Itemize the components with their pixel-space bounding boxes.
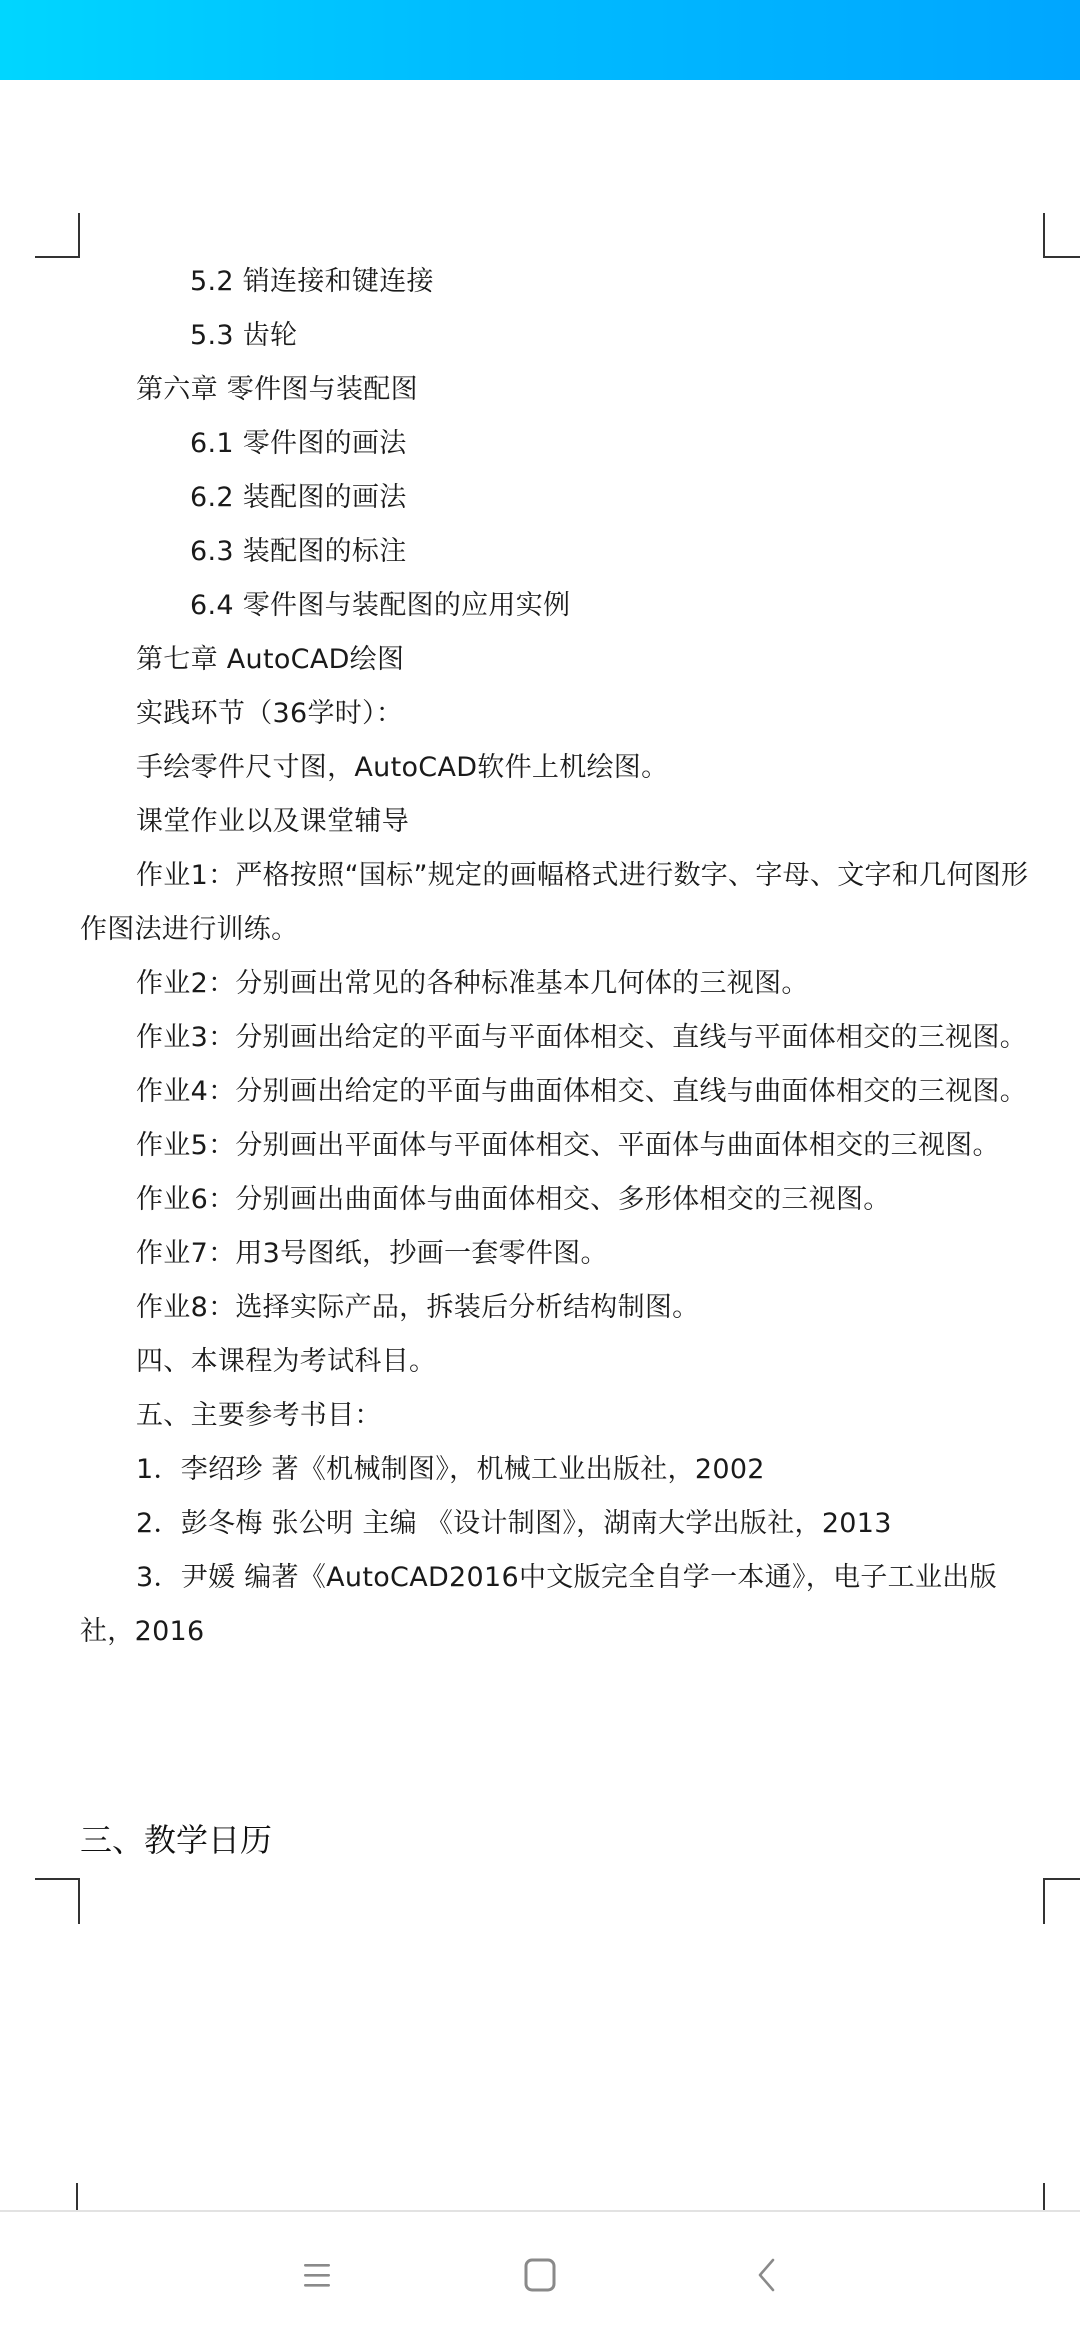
toc-item-6-1: 6.1 零件图的画法 [190,417,407,471]
menu-icon [302,2260,332,2294]
back-chevron-icon [755,2257,779,2297]
reference-3-continued: 社，2016 [80,1605,205,1659]
practice-description: 手绘零件尺寸图，AutoCAD软件上机绘图。 [136,741,668,795]
toc-item-6-3: 6.3 装配图的标注 [190,525,407,579]
document-viewer-screen: 5.2 销连接和键连接 5.3 齿轮 第六章 零件图与装配图 6.1 零件图的画… [0,0,1080,2340]
toc-item-6-4: 6.4 零件图与装配图的应用实例 [190,579,570,633]
reference-3: 3．尹媛 编著《AutoCAD2016中文版完全自学一本通》，电子工业出版 [136,1551,997,1605]
reference-1: 1．李绍珍 著《机械制图》，机械工业出版社，2002 [136,1443,765,1497]
home-square-icon [523,2257,557,2297]
chapter-6-title: 第六章 零件图与装配图 [136,363,418,417]
toc-item-6-2: 6.2 装配图的画法 [190,471,407,525]
homework-7: 作业7：用3号图纸，抄画一套零件图。 [136,1227,608,1281]
toc-item-5-2: 5.2 销连接和键连接 [190,255,434,309]
homework-6: 作业6：分别画出曲面体与曲面体相交、多形体相交的三视图。 [136,1173,891,1227]
homework-4: 作业4：分别画出给定的平面与曲面体相交、直线与曲面体相交的三视图。 [136,1065,1027,1119]
home-button[interactable] [510,2252,570,2302]
homework-1: 作业1：严格按照“国标”规定的画幅格式进行数字、字母、文字和几何图形 [136,849,1028,903]
homework-5: 作业5：分别画出平面体与平面体相交、平面体与曲面体相交的三视图。 [136,1119,1000,1173]
recent-apps-button[interactable] [287,2252,347,2302]
references-heading: 五、主要参考书目： [136,1389,382,1443]
toc-item-5-3: 5.3 齿轮 [190,309,297,363]
reference-2: 2．彭冬梅 张公明 主编 《设计制图》，湖南大学出版社，2013 [136,1497,892,1551]
system-navigation-bar [0,2210,1080,2340]
exam-note: 四、本课程为考试科目。 [136,1335,436,1389]
homework-heading: 课堂作业以及课堂辅导 [136,795,409,849]
crop-mark-bottom-left [76,2183,78,2210]
crop-mark-bottom-right [1043,2183,1045,2210]
back-button[interactable] [737,2252,797,2302]
section-heading-teaching-calendar: 三、教学日历 [80,1810,272,1870]
practice-section-label: 实践环节（36学时）： [136,687,403,741]
homework-8: 作业8：选择实际产品，拆装后分析结构制图。 [136,1281,699,1335]
chapter-7-title: 第七章 AutoCAD绘图 [136,633,404,687]
document-page[interactable]: 5.2 销连接和键连接 5.3 齿轮 第六章 零件图与装配图 6.1 零件图的画… [0,80,1080,2210]
homework-1-continued: 作图法进行训练。 [80,903,298,957]
crop-mark-next-page-top-right [1043,1878,1080,1924]
homework-2: 作业2：分别画出常见的各种标准基本几何体的三视图。 [136,957,809,1011]
crop-mark-top-left [35,213,80,258]
crop-mark-top-right [1043,213,1080,258]
crop-mark-next-page-top-left [35,1878,80,1924]
homework-3: 作业3：分别画出给定的平面与平面体相交、直线与平面体相交的三视图。 [136,1011,1027,1065]
status-bar [0,0,1080,80]
